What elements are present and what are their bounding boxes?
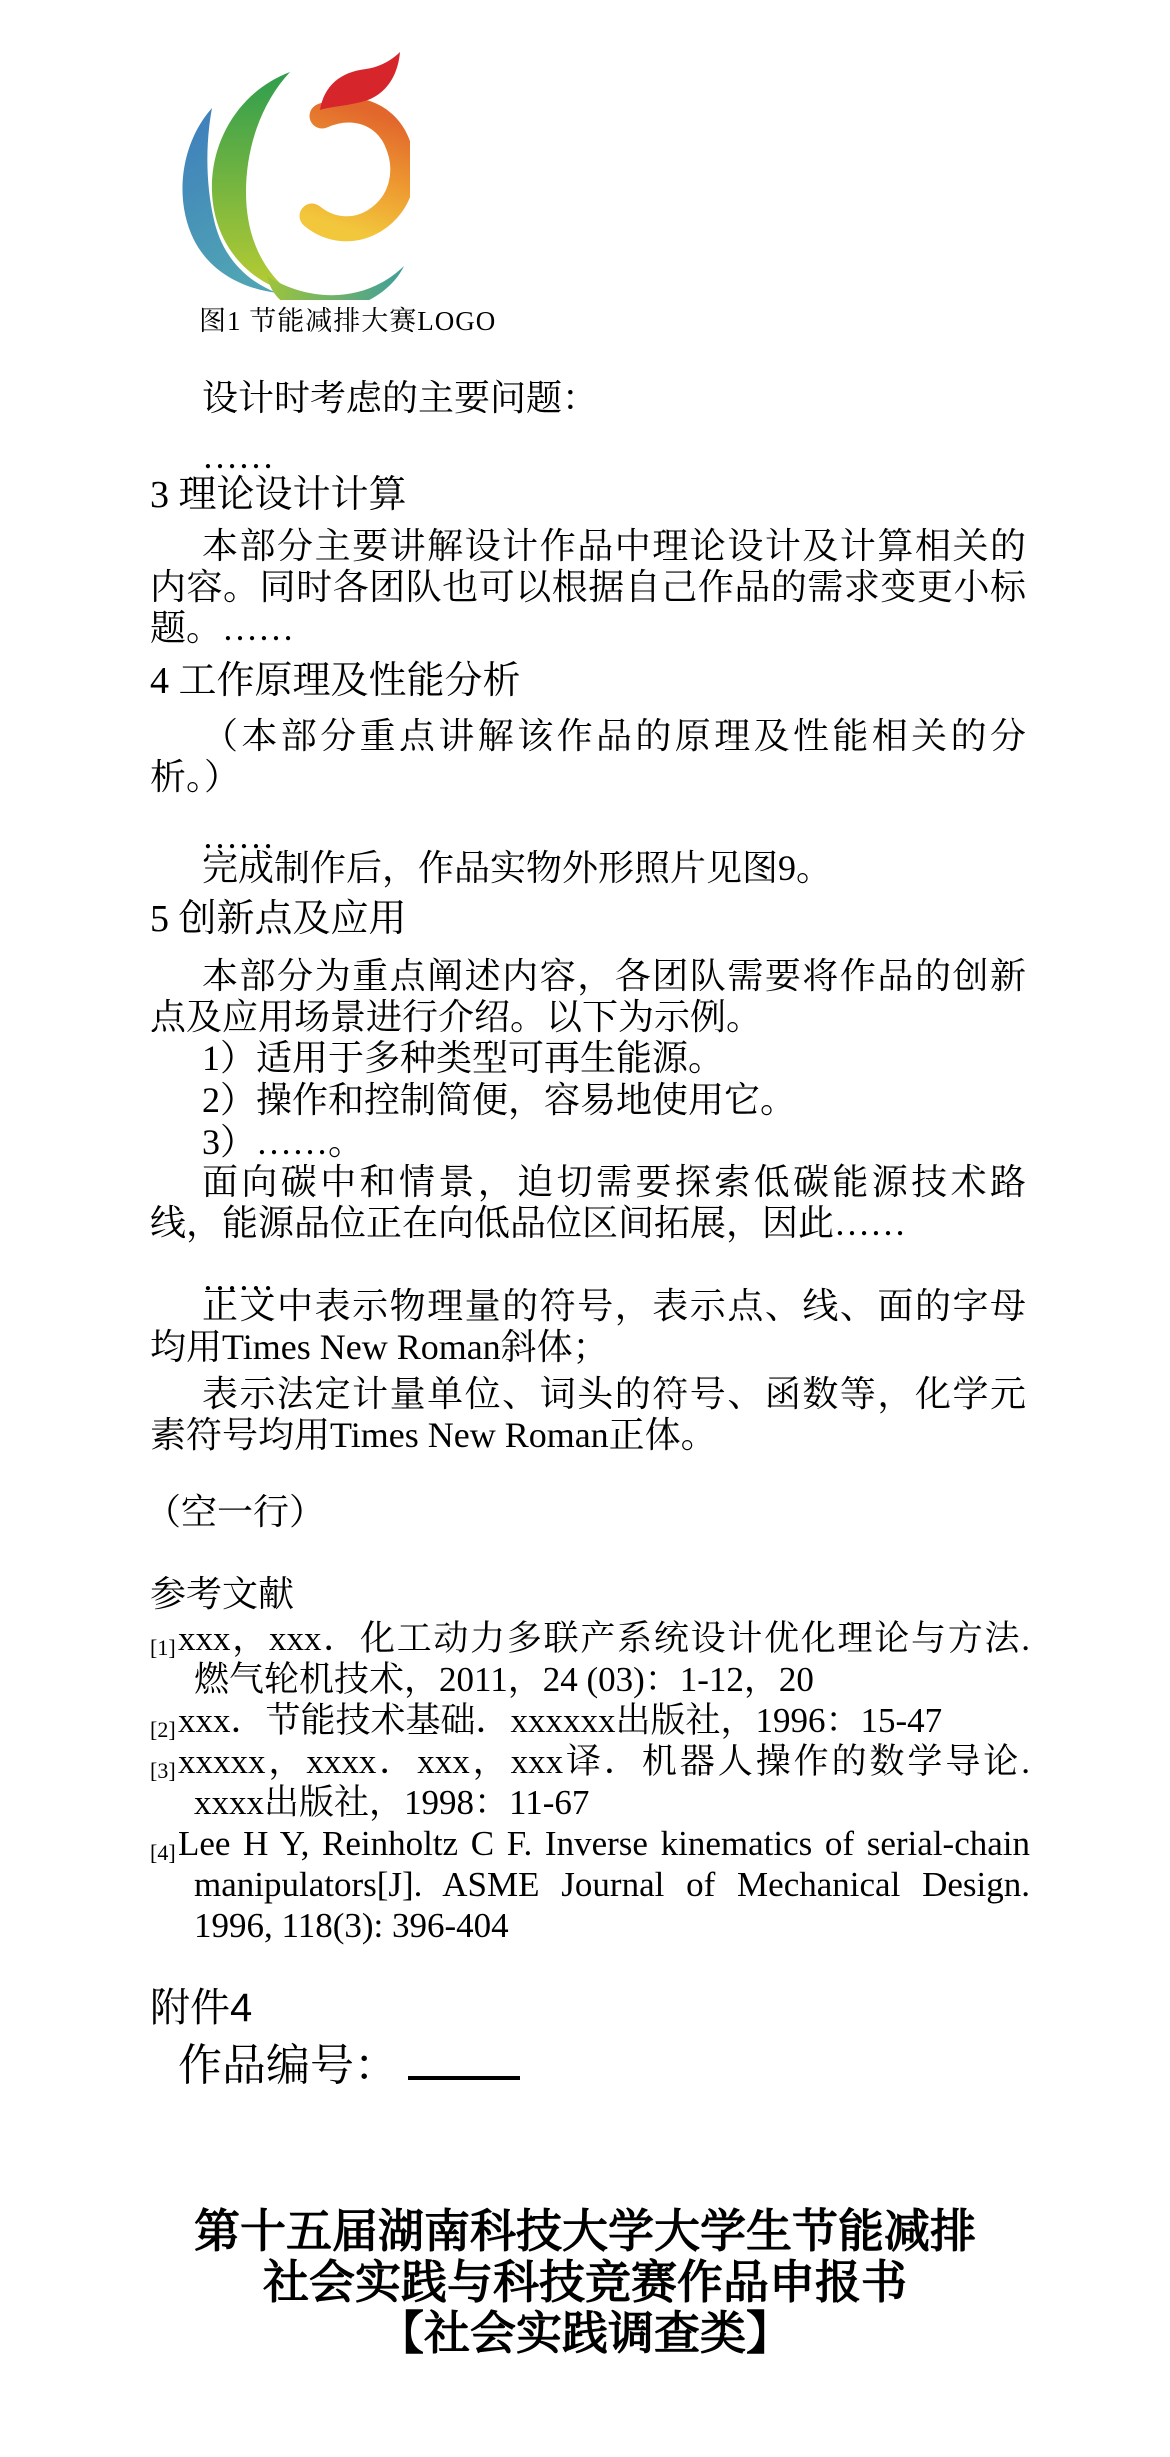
logo-bottom-swoosh — [267, 266, 404, 300]
paragraph-completed-photo: 完成制作后，作品实物外形照片见图9。 — [202, 848, 832, 889]
paragraph-design-note: 设计时考虑的主要问题： — [202, 378, 598, 419]
logo-orange-ring — [312, 110, 403, 229]
list-item-2: 2）操作和控制简便，容易地使用它。 — [202, 1080, 796, 1121]
reference-number: [4] — [150, 1832, 176, 1873]
section-heading-4: 4 工作原理及性能分析 — [150, 660, 521, 702]
reference-item: [4] Lee H Y, Reinholtz C F. Inverse kine… — [150, 1823, 1030, 1946]
work-number-row: 作品编号： — [178, 2036, 520, 2091]
logo-figure-caption: 图1 节能减排大赛LOGO — [199, 306, 496, 336]
declaration-title-line-1: 第十五届湖南科技大学大学生节能减排 — [0, 2206, 1170, 2257]
reference-number: [3] — [150, 1750, 176, 1791]
reference-text: Lee H Y, Reinholtz C F. Inverse kinemati… — [178, 1824, 1030, 1945]
document-page: 图1 节能减排大赛LOGO 设计时考虑的主要问题： …… 3 理论设计计算 本部… — [0, 0, 1170, 2457]
section-heading-5: 5 创新点及应用 — [150, 898, 407, 940]
section-heading-3: 3 理论设计计算 — [150, 474, 407, 516]
declaration-title-block: 第十五届湖南科技大学大学生节能减排 社会实践与科技竞赛作品申报书 【社会实践调查… — [0, 2206, 1170, 2359]
work-number-blank — [408, 2036, 520, 2080]
paragraph-section-4: （本部分重点讲解该作品的原理及性能相关的分析。） — [150, 716, 1026, 798]
references-heading: 参考文献 — [150, 1574, 294, 1615]
paragraph-ellipsis-1: …… — [202, 436, 274, 477]
competition-logo-graphic — [172, 40, 410, 300]
reference-item: [2] xxx．节能技术基础．xxxxxx出版社，1996：15-47 — [150, 1700, 1030, 1741]
competition-logo — [172, 40, 410, 300]
declaration-title-line-2: 社会实践与科技竞赛作品申报书 — [0, 2257, 1170, 2308]
reference-text: xxx，xxx．化工动力多联产系统设计优化理论与方法. 燃气轮机技术，2011，… — [178, 1619, 1030, 1699]
blank-line-note: （空一行） — [145, 1492, 325, 1533]
list-item-1: 1）适用于多种类型可再生能源。 — [202, 1038, 724, 1079]
paragraph-carbon-neutral: 面向碳中和情景，迫切需要探索低碳能源技术路线，能源品位正在向低品位区间拓展，因此… — [150, 1162, 1026, 1244]
reference-text: xxx．节能技术基础．xxxxxx出版社，1996：15-47 — [178, 1701, 942, 1740]
attachment-label: 附件4 — [150, 1986, 252, 2030]
paragraph-roman-rule: 表示法定计量单位、词头的符号、函数等，化学元素符号均用Times New Rom… — [150, 1374, 1026, 1456]
paragraph-section-3: 本部分主要讲解设计作品中理论设计及计算相关的内容。同时各团队也可以根据自己作品的… — [150, 526, 1026, 649]
references-list: [1] xxx，xxx．化工动力多联产系统设计优化理论与方法. 燃气轮机技术，2… — [150, 1618, 1030, 1946]
list-item-3: 3）……。 — [202, 1122, 364, 1163]
declaration-title-line-3: 【社会实践调查类】 — [0, 2308, 1170, 2359]
reference-item: [3] xxxxx，xxxx．xxx，xxx译．机器人操作的数学导论. xxxx… — [150, 1741, 1030, 1823]
reference-item: [1] xxx，xxx．化工动力多联产系统设计优化理论与方法. 燃气轮机技术，2… — [150, 1618, 1030, 1700]
logo-red-flame — [320, 52, 400, 110]
reference-text: xxxxx，xxxx．xxx，xxx译．机器人操作的数学导论. xxxx出版社，… — [178, 1742, 1030, 1822]
work-number-label: 作品编号： — [178, 2041, 398, 2090]
paragraph-italic-rule: 正文中表示物理量的符号，表示点、线、面的字母均用Times New Roman斜… — [150, 1286, 1026, 1368]
paragraph-section-5: 本部分为重点阐述内容，各团队需要将作品的创新点及应用场景进行介绍。以下为示例。 — [150, 956, 1026, 1038]
reference-number: [1] — [150, 1627, 176, 1668]
